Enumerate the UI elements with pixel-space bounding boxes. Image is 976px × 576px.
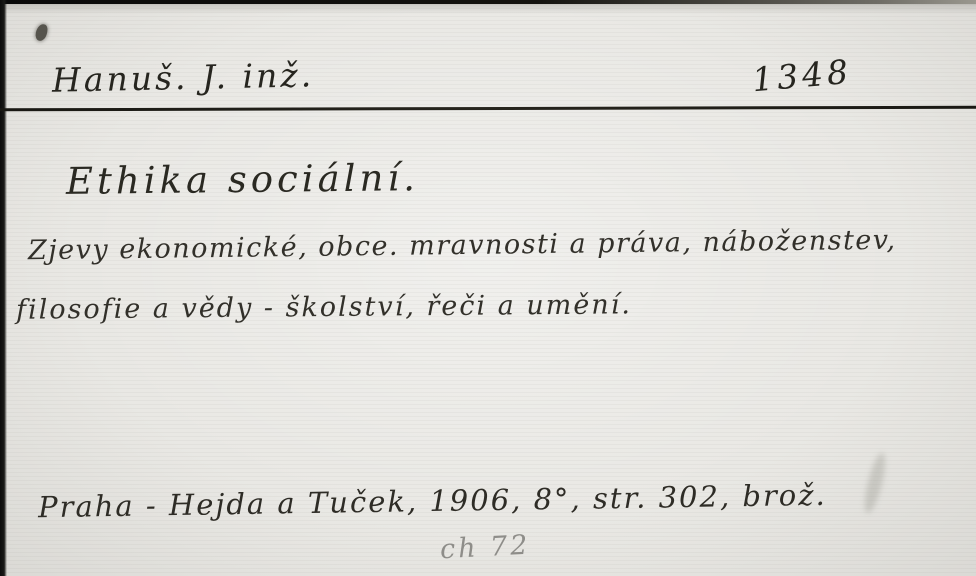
- scan-edge-left: [0, 0, 7, 576]
- header-rule-line: [0, 106, 976, 112]
- imprint-line: Praha - Hejda a Tuček, 1906, 8°, str. 30…: [38, 478, 827, 524]
- paper-smudge: [861, 451, 890, 515]
- catalog-number: 1348: [750, 52, 853, 100]
- catalog-card: Hanuš. J. inž. 1348 Ethika sociální. Zje…: [0, 0, 976, 576]
- pencil-shelfmark-note: ch 72: [439, 530, 531, 566]
- subject-description-line-1: Zjevy ekonomické, obce. mravnosti a práv…: [28, 225, 897, 267]
- ink-blot: [34, 23, 48, 42]
- subject-description-line-2: filosofie a vědy - školství, řeči a uměn…: [16, 289, 632, 325]
- book-title: Ethika sociální.: [66, 156, 419, 203]
- author-heading: Hanuš. J. inž.: [52, 55, 315, 99]
- scan-edge-top-shadow: [0, 4, 976, 14]
